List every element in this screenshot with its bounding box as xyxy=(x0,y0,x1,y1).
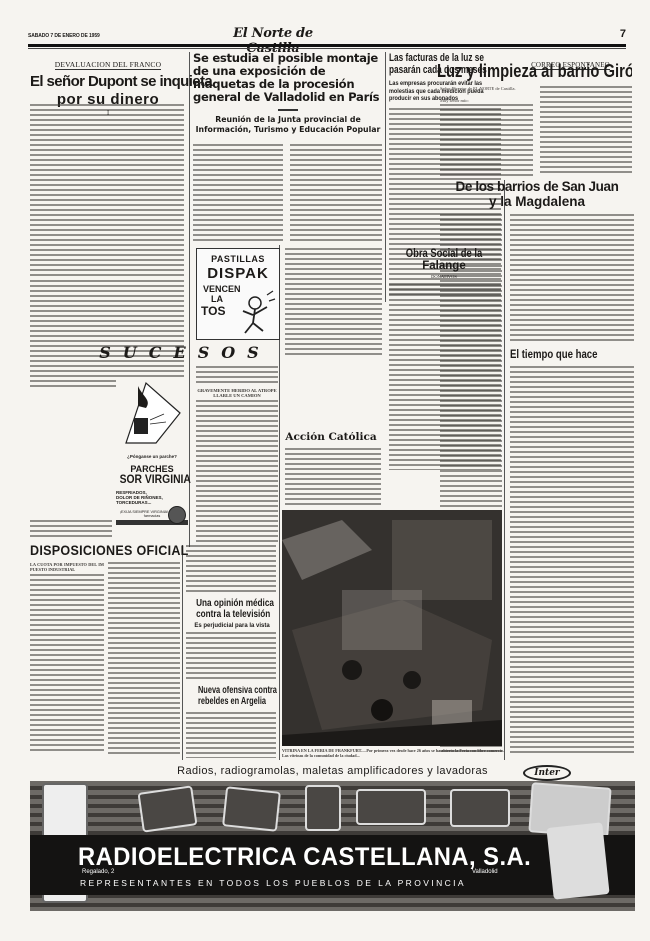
article-headline-line2: contra la televisión xyxy=(196,609,268,620)
article-headline-line2: Falange xyxy=(385,260,503,272)
masthead-rule xyxy=(28,44,626,47)
section-sucesos: SUCESOS xyxy=(90,343,280,362)
ad-radioelectrica: Radios, radiogramolas, maletas amplifica… xyxy=(30,765,635,912)
article-body-text xyxy=(108,562,180,754)
cough-figure-icon xyxy=(237,289,277,337)
article-headline-line2: y la Magdalena xyxy=(437,195,637,209)
ad-line: PASTILLAS xyxy=(197,254,279,264)
article-body-text xyxy=(186,712,276,758)
photo-scene xyxy=(282,510,502,746)
article-headline: De los barrios de San Juan xyxy=(437,180,637,194)
article-body-text xyxy=(186,545,276,595)
article-body-text xyxy=(196,400,278,545)
news-item-title: GRAVEMENTE HERIDO AL ATROPELLARLE UN CAM… xyxy=(196,388,278,398)
issue-date: SABADO 7 DE ENERO DE 1959 xyxy=(28,33,100,39)
article-headline: El tiempo que hace xyxy=(510,348,610,361)
frankfurt-fair-photo xyxy=(282,510,502,746)
column-divider xyxy=(504,180,505,760)
newspaper-page: SABADO 7 DE ENERO DE 1959 El Norte de Ca… xyxy=(0,0,650,941)
article-headline: Acción Católica xyxy=(282,432,380,443)
column-divider xyxy=(189,52,190,547)
article-television: Una opinión médica contra la televisión … xyxy=(186,598,278,629)
article-body-text xyxy=(285,448,381,506)
article-headline: El señor Dupont se inquieta xyxy=(30,74,186,90)
article-headline-line2: rebeldes en Argelia xyxy=(198,697,266,708)
article-body-text xyxy=(285,248,382,358)
article-disposiciones: DISPOSICIONES OFICIALES xyxy=(30,544,188,558)
article-tiempo: El tiempo que hace xyxy=(510,348,635,361)
masthead: SABADO 7 DE ENERO DE 1959 El Norte de Ca… xyxy=(28,25,626,43)
ad-brand: SOR VIRGINIA xyxy=(120,474,185,486)
section-title: SUCESOS xyxy=(90,343,280,362)
article-subhead: Es perjudicial para la vista xyxy=(186,623,278,629)
photo-caption: VITRINA EN LA FERIA DE FRANKFURT.—Por pr… xyxy=(282,748,504,764)
article-headline: Luz y limpieza al barrio Girón xyxy=(437,62,597,81)
inter-logo: Inter xyxy=(523,765,571,781)
ad-tagline: REPRESENTANTES EN TODOS LOS PUEBLOS DE L… xyxy=(80,878,466,888)
article-body-text xyxy=(510,214,634,344)
article-body-text xyxy=(510,366,634,756)
article-body-text xyxy=(30,574,104,754)
article-body-text xyxy=(30,280,184,390)
article-subhead: DONATIVOS xyxy=(385,274,503,279)
article-body-text xyxy=(290,144,382,244)
article-body-text xyxy=(30,520,112,538)
news-item-title: LA CUOTA POR IMPUESTO DEL IMPUESTO INDUS… xyxy=(30,562,104,572)
nun-portrait-icon xyxy=(168,506,186,524)
article-exposicion: Se estudia el posible montaje de una exp… xyxy=(193,52,383,135)
article-body-text xyxy=(389,284,501,470)
article-headline: Obra Social de la xyxy=(396,248,493,260)
washing-machine-icon xyxy=(546,822,609,899)
ad-use: TORCEDURAS... xyxy=(116,500,188,505)
article-body-text xyxy=(196,366,278,386)
article-accion-catolica: Acción Católica xyxy=(282,432,380,443)
article-obra-social: Obra Social de la Falange DONATIVOS xyxy=(385,248,503,279)
article-subhead: Reunión de la Junta provincial de Inform… xyxy=(193,115,383,135)
article-body-text xyxy=(193,144,283,244)
article-kicker: DEVALUACION DEL FRANCO xyxy=(55,60,162,70)
ad-line: PARCHES xyxy=(116,464,188,474)
letter-greeting: Muy señor mío: xyxy=(440,98,535,103)
masthead-rule-thin xyxy=(28,48,626,49)
amplifier-icon xyxy=(450,789,510,827)
article-headline: DISPOSICIONES OFICIALES xyxy=(30,544,177,558)
divider-ornament xyxy=(278,109,298,111)
patch-figure-icon xyxy=(116,378,188,448)
article-body-text xyxy=(540,86,632,176)
article-body-text xyxy=(186,632,276,682)
radiogram-icon xyxy=(305,785,341,831)
ad-pastillas-dispak: PASTILLAS DISPAK VENCEN LA TOS xyxy=(196,248,280,340)
article-san-juan: De los barrios de San Juan y la Magdalen… xyxy=(437,180,637,209)
article-body-text xyxy=(30,104,184,276)
ad-company-name: RADIOELECTRICA CASTELLANA, S.A. xyxy=(78,843,506,872)
column-divider xyxy=(182,545,183,760)
radio-set-icon xyxy=(137,785,197,832)
ad-city: Valladolid xyxy=(472,869,498,875)
page-number: 7 xyxy=(620,28,626,40)
ad-parches-sor-virginia: ¿Pónganse un parche? PARCHES SOR VIRGINI… xyxy=(116,378,188,542)
ad-address: Regalado, 2 xyxy=(82,869,114,875)
letter-salutation: Señor Director de EL NORTE de Castilla. xyxy=(440,86,535,91)
article-body-text xyxy=(440,104,533,176)
correo-headline-wrap: Luz y limpieza al barrio Girón xyxy=(437,62,632,81)
radio-set-icon xyxy=(356,789,426,825)
ad-brand: DISPAK xyxy=(197,265,279,282)
ad-tagline: ¿Pónganse un parche? xyxy=(116,454,188,459)
article-argelia: Nueva ofensiva contra los rebeldes en Ar… xyxy=(186,686,278,707)
radio-set-icon xyxy=(222,786,281,832)
article-headline: Se estudia el posible montaje de una exp… xyxy=(193,52,383,104)
